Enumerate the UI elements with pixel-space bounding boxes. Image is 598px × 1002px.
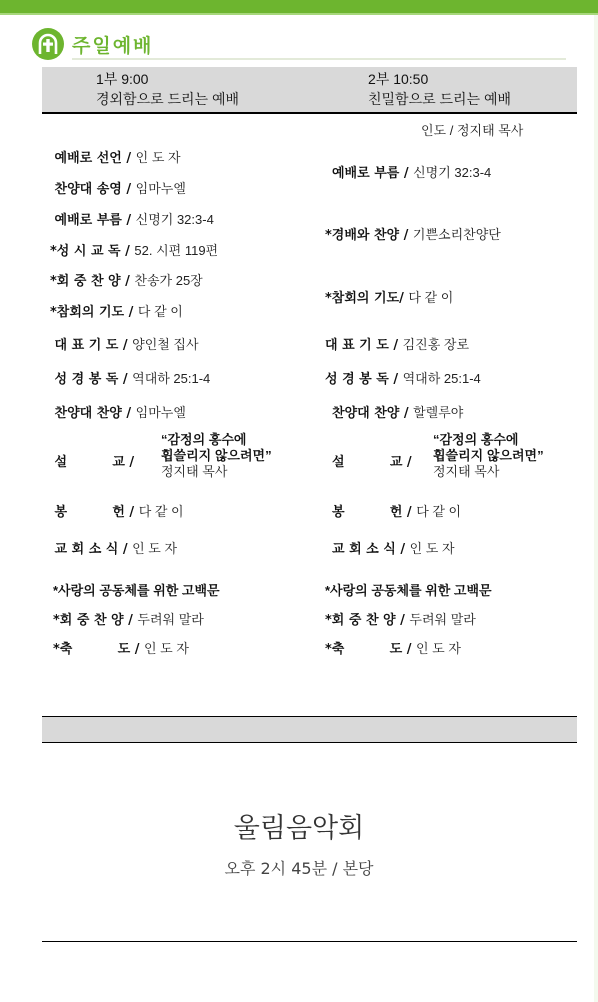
sermon-preacher: 정지태 목사 [433, 464, 499, 480]
order-label: *경배와 찬양 / [325, 224, 413, 243]
order1-item: 찬양대 찬양 / 임마누엘 [50, 402, 186, 421]
closing1-item: *축 도 / 인 도 자 [53, 638, 189, 657]
order-label: 찬양대 찬양 / [332, 402, 413, 421]
order2-item: 교 회 소 식 / 인 도 자 [332, 538, 455, 557]
order-label: *회 중 찬 양 / [325, 609, 409, 628]
page-title: 주일예배 [72, 31, 153, 58]
concert-info: 오후 2시 45분 / 본당 [0, 856, 598, 879]
sermon-title-line2: 휩쓸리지 않으려면” [161, 448, 272, 464]
order-label: 설 교 / [50, 451, 139, 470]
order1-item: *참회의 기도 / 다 같 이 [50, 301, 183, 320]
section-header: 주일예배 [32, 26, 153, 62]
order-value: 인 도 자 [144, 638, 189, 657]
church-arch-cross-icon [32, 28, 64, 60]
order-value: 인 도 자 [410, 538, 455, 557]
order-value: 신명기 32:3-4 [413, 162, 491, 181]
order1-item: 성 경 봉 독 / 역대하 25:1-4 [50, 368, 210, 387]
order-label: 봉 헌 / [50, 501, 139, 520]
sermon-title-line1: “감정의 홍수에 [433, 432, 518, 448]
service-1-subtitle: 경외함으로 드리는 예배 [96, 89, 239, 109]
order2-item: 찬양대 찬양 / 할렐루야 [332, 402, 463, 421]
order-value: 인 도 자 [416, 638, 461, 657]
order-label: *축 도 / [325, 638, 416, 657]
order-label: 교 회 소 식 / [332, 538, 410, 557]
order-value: 두려워 말라 [137, 609, 203, 628]
order-value: 역대하 25:1-4 [403, 368, 481, 387]
order-label: 예배로 선언 / [50, 147, 136, 166]
title-underline [72, 58, 566, 60]
service-2-subtitle: 친밀함으로 드리는 예배 [368, 89, 511, 109]
worship-leader: 인도 / 정지태 목사 [421, 120, 523, 139]
order-value: 기쁜소리찬양단 [413, 224, 501, 243]
order1-sermon: 설 교 / [50, 451, 139, 470]
order-value: 다 같 이 [416, 501, 461, 520]
order1-item: *회 중 찬 양 / 찬송가 25장 [50, 270, 203, 289]
order1-item: 예배로 선언 / 인 도 자 [50, 147, 181, 166]
order-label: 설 교 / [332, 451, 416, 470]
order-value: 김진홍 장로 [403, 334, 469, 353]
order1-item: *성 시 교 독 / 52. 시편 119편 [50, 240, 218, 259]
order-label: 교 회 소 식 / [50, 538, 132, 557]
order-value: 임마누엘 [136, 402, 186, 421]
order-label: *참회의 기도 / [50, 301, 138, 320]
order-label: *회 중 찬 양 / [50, 270, 134, 289]
order-value: 다 같 이 [139, 501, 184, 520]
order2-item: 대 표 기 도 / 김진홍 장로 [325, 334, 469, 353]
order2-item: 예배로 부름 / 신명기 32:3-4 [332, 162, 491, 181]
order-label: *참회의 기도/ [325, 287, 408, 306]
order-value: 찬송가 25장 [134, 270, 202, 289]
order-label: *축 도 / [53, 638, 144, 657]
order2-item: *참회의 기도/ 다 같 이 [325, 287, 453, 306]
order-label: 대 표 기 도 / [325, 334, 403, 353]
service-1-time: 1부 9:00 [96, 69, 239, 89]
sermon-title-2: “감정의 홍수에 휩쓸리지 않으려면” 정지태 목사 [433, 432, 544, 480]
order1-item: 교 회 소 식 / 인 도 자 [50, 538, 177, 557]
order1-item: 예배로 부름 / 신명기 32:3-4 [50, 209, 214, 228]
order-label: 봉 헌 / [332, 501, 416, 520]
order-label: 예배로 부름 / [332, 162, 413, 181]
concert-title: 울림음악회 [0, 806, 598, 845]
order-value: 임마누엘 [136, 178, 186, 197]
order-value: 역대하 25:1-4 [132, 368, 210, 387]
order-value: 52. 시편 119편 [134, 240, 218, 259]
order-label: 성 경 봉 독 / [50, 368, 132, 387]
right-edge-strip [594, 15, 598, 1002]
order-value: 할렐루야 [413, 402, 463, 421]
order1-item: 찬양대 송영 / 임마누엘 [50, 178, 186, 197]
closing2-item: *회 중 찬 양 / 두려워 말라 [325, 609, 476, 628]
order-value: 다 같 이 [408, 287, 453, 306]
closing1-item: *회 중 찬 양 / 두려워 말라 [53, 609, 204, 628]
confession-note: *사랑의 공동체를 위한 고백문 [53, 580, 220, 599]
order-value: 양인철 집사 [132, 334, 198, 353]
order-value: 다 같 이 [138, 301, 183, 320]
section-divider-band [42, 716, 577, 743]
order-label: 예배로 부름 / [50, 209, 136, 228]
order-value: 두려워 말라 [409, 609, 475, 628]
order2-item: 봉 헌 / 다 같 이 [332, 501, 461, 520]
bottom-rule [42, 941, 577, 942]
closing2-item: *축 도 / 인 도 자 [325, 638, 461, 657]
order-label: 찬양대 찬양 / [50, 402, 136, 421]
service-2: 2부 10:50 친밀함으로 드리는 예배 [368, 69, 511, 109]
sermon-preacher: 정지태 목사 [161, 464, 227, 480]
service-times-band: 1부 9:00 경외함으로 드리는 예배 2부 10:50 친밀함으로 드리는 … [42, 67, 577, 114]
order-value: 인 도 자 [136, 147, 181, 166]
order-label: *회 중 찬 양 / [53, 609, 137, 628]
top-accent-bar [0, 0, 598, 15]
order2-item: *경배와 찬양 / 기쁜소리찬양단 [325, 224, 501, 243]
order-value: 인 도 자 [132, 538, 177, 557]
order1-item: 대 표 기 도 / 양인철 집사 [50, 334, 199, 353]
order-value: 신명기 32:3-4 [136, 209, 214, 228]
sermon-title-1: “감정의 홍수에 휩쓸리지 않으려면” 정지태 목사 [161, 432, 272, 480]
sermon-title-line1: “감정의 홍수에 [161, 432, 246, 448]
service-2-time: 2부 10:50 [368, 69, 511, 89]
confession-note: *사랑의 공동체를 위한 고백문 [325, 580, 492, 599]
order-label: 대 표 기 도 / [50, 334, 132, 353]
order2-item: 성 경 봉 독 / 역대하 25:1-4 [325, 368, 481, 387]
order-label: *성 시 교 독 / [50, 240, 134, 259]
order-label: 성 경 봉 독 / [325, 368, 403, 387]
order2-sermon: 설 교 / [332, 451, 416, 470]
order-label: 찬양대 송영 / [50, 178, 136, 197]
sermon-title-line2: 휩쓸리지 않으려면” [433, 448, 544, 464]
service-1: 1부 9:00 경외함으로 드리는 예배 [96, 69, 239, 109]
order1-item: 봉 헌 / 다 같 이 [50, 501, 184, 520]
